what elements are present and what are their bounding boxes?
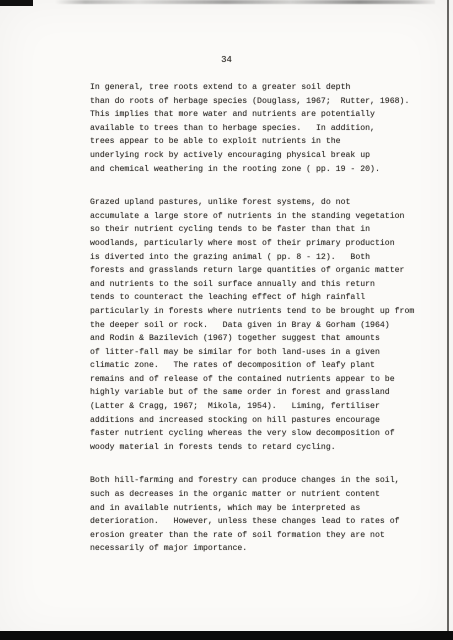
text-line: In general, tree roots extend to a great… (90, 81, 435, 95)
text-line: available to trees than to herbage speci… (90, 122, 435, 136)
text-line: of litter-fall may be similar for both l… (90, 346, 435, 360)
text-line: additions and increased stocking on hill… (90, 414, 435, 428)
text-line: remains and of release of the contained … (90, 373, 435, 387)
text-line: tends to counteract the leaching effect … (90, 291, 435, 305)
text-line: such as decreases in the organic matter … (90, 488, 435, 502)
text-line: is diverted into the grazing animal ( pp… (90, 251, 435, 265)
text-line: faster nutrient cycling whereas the very… (90, 427, 435, 441)
text-line: This implies that more water and nutrien… (90, 108, 435, 122)
text-line: so their nutrient cycling tends to be fa… (90, 223, 435, 237)
scan-artifact-right-edge-line (447, 0, 449, 631)
text-line: particularly in forests where nutrients … (90, 305, 435, 319)
scan-artifact-bottom-bar (0, 631, 453, 640)
text-line: woody material in forests tends to retar… (90, 441, 435, 455)
paragraph-2: Grazed upland pastures, unlike forest sy… (90, 196, 435, 454)
text-line: climatic zone. The rates of decompositio… (90, 359, 435, 373)
text-line: highly variable but of the same order in… (90, 386, 435, 400)
text-line: erosion greater than the rate of soil fo… (90, 529, 435, 543)
text-line: and in available nutrients, which may be… (90, 502, 435, 516)
scan-artifact-top-smudge (55, 0, 435, 4)
text-line: and nutrients to the soil surface annual… (90, 278, 435, 292)
text-line: and chemical weathering in the rooting z… (90, 163, 435, 177)
page-number: 34 (0, 55, 453, 65)
text-line: forests and grasslands return large quan… (90, 264, 435, 278)
text-line: Grazed upland pastures, unlike forest sy… (90, 196, 435, 210)
text-line: woodlands, particularly where most of th… (90, 237, 435, 251)
text-line: than do roots of herbage species (Dougla… (90, 95, 435, 109)
text-line: (Latter & Cragg, 1967; Mikola, 1954). Li… (90, 400, 435, 414)
text-line: and Rodin & Bazilevich (1967) together s… (90, 332, 435, 346)
text-line: Both hill-farming and forestry can produ… (90, 474, 435, 488)
text-line: underlying rock by actively encouraging … (90, 149, 435, 163)
paragraph-3: Both hill-farming and forestry can produ… (90, 474, 435, 556)
paragraph-1: In general, tree roots extend to a great… (90, 81, 435, 176)
text-line: the deeper soil or rock. Data given in B… (90, 319, 435, 333)
text-line: deterioration. However, unless these cha… (90, 515, 435, 529)
scan-artifact-top-left-mark (0, 0, 33, 6)
text-line: trees appear to be able to exploit nutri… (90, 135, 435, 149)
document-page: 34 In general, tree roots extend to a gr… (0, 0, 453, 640)
text-line: accumulate a large store of nutrients in… (90, 210, 435, 224)
text-line: necessarily of major importance. (90, 542, 435, 556)
body-text: In general, tree roots extend to a great… (90, 81, 435, 576)
